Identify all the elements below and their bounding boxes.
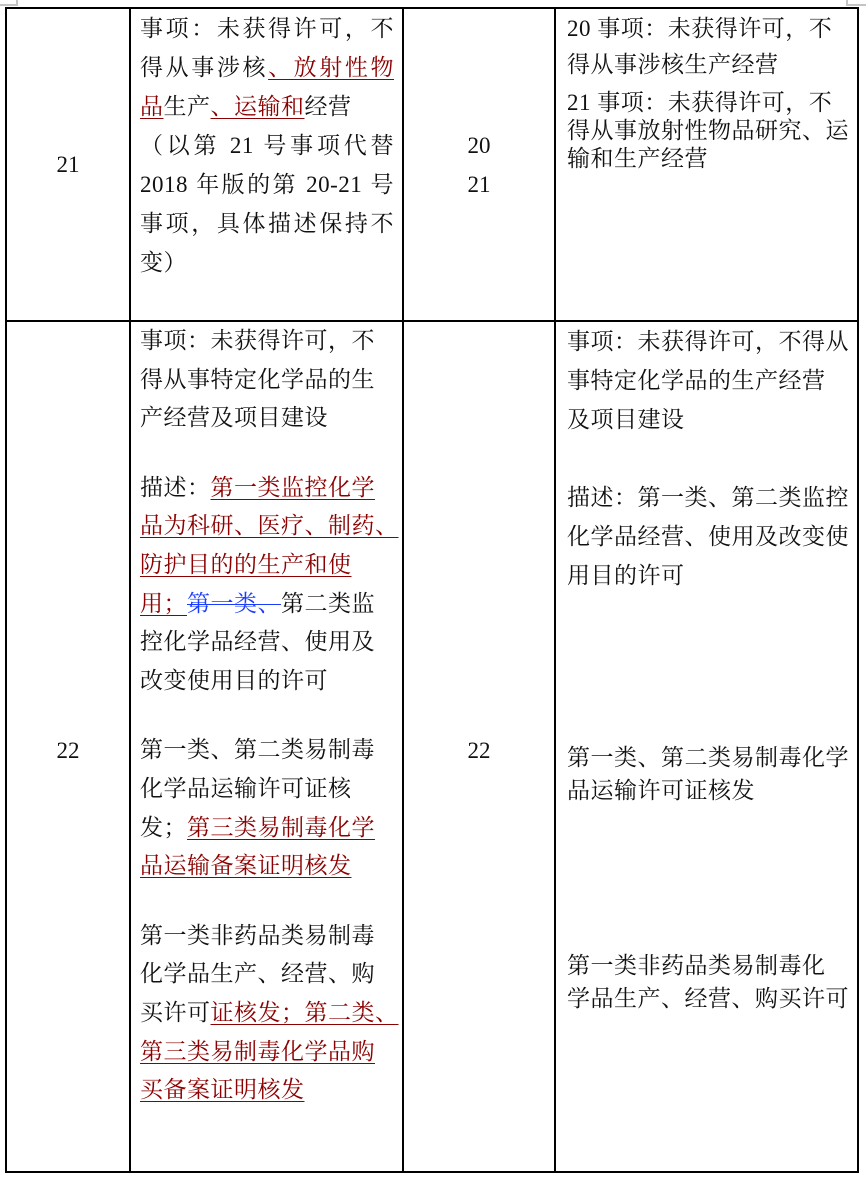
- text-line: 化学品经营、使用及改变使: [567, 517, 857, 556]
- paragraph: 第一类、第二类易制毒化学 品运输许可证核发: [567, 741, 857, 807]
- text-line: 第一类、第二类易制毒化学: [567, 741, 857, 774]
- item-number: 21: [57, 145, 80, 184]
- text-segment: 化学品经营、使用及改变使: [567, 524, 849, 549]
- text-line: 事项：未获得许可，不得从: [567, 322, 857, 361]
- crop-mark-top-left-vertical: [16, 0, 18, 6]
- text-segment: 第一类非药品类易制毒: [140, 923, 375, 948]
- inserted-text: 品为科研、医疗、制药、: [140, 513, 399, 538]
- text-line: 化学品运输许可证核: [140, 770, 402, 809]
- text-segment: 21 事项：未获得许可，不: [567, 90, 832, 115]
- revised-content-cell: 事项：未获得许可，不 得从事特定化学品的生 产经营及项目建设 描述：第一类监控化…: [129, 320, 404, 1173]
- text-segment: 产经营及项目建设: [140, 405, 328, 430]
- inserted-text: 品: [140, 94, 164, 119]
- text-segment: 经营: [305, 94, 352, 119]
- item-number-cell: 22: [5, 320, 131, 1173]
- crop-mark-top-right-horizontal: [846, 4, 866, 6]
- text-line: 防护目的的生产和使: [140, 546, 402, 585]
- text-segment: 事项：未获得许可，不: [140, 328, 375, 353]
- text-segment: 描述：: [140, 475, 211, 500]
- text-segment: 事项：未获得许可，不: [140, 16, 394, 41]
- inserted-text: 用；: [140, 591, 187, 616]
- text-segment: 事项：未获得许可，不得从: [567, 329, 849, 354]
- text-line: 及项目建设: [567, 400, 857, 439]
- text-segment: 化学品生产、经营、购: [140, 961, 375, 986]
- paragraph: 20 事项：未获得许可，不 得从事涉核生产经营: [567, 11, 857, 83]
- text-segment: 第一类非药品类易制毒化: [567, 953, 826, 978]
- item-number-cell: 21: [5, 7, 131, 322]
- paragraph: 事项：未获得许可，不 得从事涉核、放射性物 品生产、运输和经营 （以第 21 号…: [140, 9, 402, 282]
- text-line: 控化学品经营、使用及: [140, 623, 402, 662]
- text-segment: 品运输许可证核发: [567, 778, 755, 803]
- text-segment: 化学品运输许可证核: [140, 776, 352, 801]
- text-line: 变）: [140, 243, 402, 282]
- paragraph: 第一类非药品类易制毒 化学品生产、经营、购 买许可证核发；第二类、 第三类易制毒…: [140, 917, 402, 1110]
- text-segment: 学品生产、经营、购买许可: [567, 986, 849, 1011]
- text-segment: 改变使用目的许可: [140, 668, 328, 693]
- text-segment: 得从事涉核: [140, 55, 268, 80]
- text-line: 输和生产经营: [567, 145, 857, 173]
- text-segment: 第一类、第二类易制毒化学: [567, 745, 849, 770]
- text-line: 产经营及项目建设: [140, 399, 402, 438]
- original-content-cell: 20 事项：未获得许可，不 得从事涉核生产经营 21 事项：未获得许可，不 得从…: [554, 7, 859, 322]
- paragraph: 第一类非药品类易制毒化 学品生产、经营、购买许可: [567, 949, 857, 1015]
- text-line: （以第 21 号事项代替: [140, 126, 394, 165]
- text-segment: 控化学品经营、使用及: [140, 629, 375, 654]
- text-segment: 描述：第一类、第二类监控: [567, 485, 849, 510]
- text-segment: 20 事项：未获得许可，不: [567, 16, 832, 41]
- text-line: 第一类、第二类易制毒: [140, 731, 402, 770]
- text-line: 用目的许可: [567, 556, 857, 595]
- inserted-text: 、放射性物: [268, 55, 394, 80]
- text-segment: 发；: [140, 815, 187, 840]
- inserted-text: 第三类易制毒化学品购: [140, 1039, 375, 1064]
- text-line: 品运输许可证核发: [567, 774, 857, 807]
- text-line: 买许可证核发；第二类、: [140, 994, 402, 1033]
- text-segment: 第一类、第二类易制毒: [140, 737, 375, 762]
- text-segment: 生产: [164, 94, 211, 119]
- text-line: 品运输备案证明核发: [140, 847, 402, 886]
- text-line: 得从事涉核、放射性物: [140, 48, 394, 87]
- text-line: 品生产、运输和经营: [140, 87, 402, 126]
- paragraph: 描述：第一类监控化学 品为科研、医疗、制药、 防护目的的生产和使 用；第一类、第…: [140, 469, 402, 701]
- original-item-number: 22: [468, 731, 491, 770]
- text-line: 第一类非药品类易制毒: [140, 917, 402, 956]
- inserted-text: 、运输和: [211, 94, 305, 119]
- text-segment: 得从事特定化学品的生: [140, 367, 375, 392]
- text-line: 得从事放射性物品研究、运: [567, 117, 857, 145]
- original-item-number-cell: 20 21: [402, 7, 556, 322]
- text-line: 2018 年版的第 20-21 号: [140, 165, 394, 204]
- text-line: 描述：第一类、第二类监控: [567, 478, 857, 517]
- paragraph: 事项：未获得许可，不 得从事特定化学品的生 产经营及项目建设: [140, 322, 402, 438]
- text-segment: 得从事涉核生产经营: [567, 52, 779, 77]
- text-segment: 第二类监: [281, 591, 375, 616]
- text-line: 20 事项：未获得许可，不: [567, 11, 857, 47]
- text-segment: 用目的许可: [567, 563, 685, 588]
- inserted-text: 买备案证明核发: [140, 1077, 305, 1102]
- text-line: 改变使用目的许可: [140, 662, 402, 701]
- text-segment: 输和生产经营: [567, 146, 708, 171]
- item-number: 22: [57, 731, 80, 770]
- text-segment: 得从事放射性物品研究、运: [567, 118, 849, 143]
- text-line: 21 事项：未获得许可，不: [567, 89, 857, 117]
- text-segment: 事特定化学品的生产经营: [567, 368, 826, 393]
- revised-content-cell: 事项：未获得许可，不 得从事涉核、放射性物 品生产、运输和经营 （以第 21 号…: [129, 7, 404, 322]
- inserted-text: 第一类监控化学: [211, 475, 376, 500]
- text-segment: 变）: [140, 250, 187, 275]
- text-line: 描述：第一类监控化学: [140, 469, 402, 508]
- text-line: 品为科研、医疗、制药、: [140, 507, 402, 546]
- text-segment: 及项目建设: [567, 407, 685, 432]
- paragraph: 事项：未获得许可，不得从 事特定化学品的生产经营 及项目建设: [567, 322, 857, 439]
- text-segment: 事项，具体描述保持不: [140, 211, 394, 236]
- paragraph: 第一类、第二类易制毒 化学品运输许可证核 发；第三类易制毒化学 品运输备案证明核…: [140, 731, 402, 885]
- paragraph: 21 事项：未获得许可，不 得从事放射性物品研究、运 输和生产经营: [567, 89, 857, 173]
- text-line: 事项，具体描述保持不: [140, 204, 394, 243]
- paragraph: 描述：第一类、第二类监控 化学品经营、使用及改变使 用目的许可: [567, 478, 857, 595]
- inserted-text: 品运输备案证明核发: [140, 853, 352, 878]
- original-item-number: 20: [468, 126, 491, 165]
- inserted-text: 防护目的的生产和使: [140, 552, 352, 577]
- text-line: 用；第一类、第二类监: [140, 585, 402, 624]
- original-item-number-cell: 22: [402, 320, 556, 1173]
- text-line: 化学品生产、经营、购: [140, 955, 402, 994]
- text-segment: 买许可: [140, 1000, 211, 1025]
- text-line: 学品生产、经营、购买许可: [567, 982, 857, 1015]
- text-line: 买备案证明核发: [140, 1071, 402, 1110]
- deleted-text: 第一类、: [187, 591, 281, 616]
- text-line: 事项：未获得许可，不: [140, 322, 402, 361]
- text-line: 得从事涉核生产经营: [567, 47, 857, 83]
- inserted-text: 第三类易制毒化学: [187, 815, 375, 840]
- text-line: 事特定化学品的生产经营: [567, 361, 857, 400]
- document-page: 21 事项：未获得许可，不 得从事涉核、放射性物 品生产、运输和经营 （以第 2…: [0, 0, 866, 1180]
- text-segment: （以第 21 号事项代替: [140, 133, 394, 158]
- text-line: 得从事特定化学品的生: [140, 361, 402, 400]
- text-segment: 2018 年版的第 20-21 号: [140, 172, 394, 197]
- text-line: 第一类非药品类易制毒化: [567, 949, 857, 982]
- text-line: 事项：未获得许可，不: [140, 9, 394, 48]
- original-item-number: 21: [468, 165, 491, 204]
- text-line: 发；第三类易制毒化学: [140, 809, 402, 848]
- inserted-text: 证核发；第二类、: [211, 1000, 399, 1025]
- original-content-cell: 事项：未获得许可，不得从 事特定化学品的生产经营 及项目建设 描述：第一类、第二…: [554, 320, 859, 1173]
- text-line: 第三类易制毒化学品购: [140, 1033, 402, 1072]
